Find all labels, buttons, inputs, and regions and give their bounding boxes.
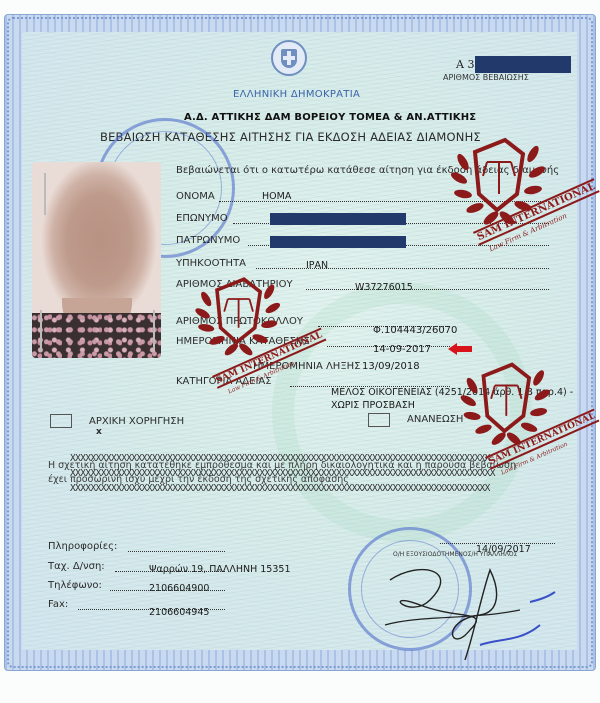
- address-label: Ταχ. Δ/νση:: [48, 561, 105, 572]
- fax-value: 2106604945: [149, 607, 209, 618]
- republic-heading: ΕΛΛΗΝΙΚΗ ΔΗΜΟΚΡΑΤΙΑ: [233, 89, 360, 100]
- strikeout-line-3: XXXXXXXXXXXXXXXXXXXXXXXXXXXXXXXXXXXXXXXX…: [70, 483, 590, 494]
- residence-permit-certificate: ΕΛΛΗΝΙΚΗ ΔΗΜΟΚΡΑΤΙΑ Α 3 ΑΡΙΘΜΟΣ ΒΕΒΑΙΩΣΗ…: [0, 0, 600, 703]
- redacted-surname: [270, 213, 406, 225]
- first-name-value: ΗΟΜΑ: [262, 191, 291, 202]
- dotted-line: [128, 551, 225, 552]
- first-name-label: ΟΝΟΜΑ: [176, 191, 215, 202]
- fax-label: Fax:: [48, 599, 68, 610]
- fathers-name-label: ΠΑΤΡΩΝΥΜΟ: [176, 235, 240, 246]
- submission-date-value: 14-09-2017: [373, 344, 431, 355]
- dotted-line: [256, 268, 549, 269]
- certificate-number: Α 3: [456, 58, 474, 71]
- handwritten-signature: [380, 560, 560, 660]
- nationality-value: ΙΡΑΝ: [306, 260, 328, 271]
- initial-grant-label: ΑΡΧΙΚΗ ΧΟΡΗΓΗΣΗ: [89, 416, 184, 427]
- address-value: Ψαρρών 19, ΠΑΛΛΗΝΗ 15351: [149, 564, 290, 575]
- arrow-pointer-icon: [448, 343, 472, 355]
- authorized-official-label: Ο/Η ΕΞΟΥΣΙΟΔΟΤΗΜΕΝΟΣ/Η ΥΠΑΛΛΗΛΟΣ: [393, 551, 517, 558]
- protocol-number-value: Φ.104443/26070: [373, 325, 457, 336]
- laurel-shield-logo-icon: [190, 272, 280, 362]
- applicant-photo: [32, 162, 161, 358]
- redacted-certificate-number: [475, 56, 571, 73]
- passport-number-value: W37276015: [355, 282, 413, 293]
- phone-label: Τηλέφωνο:: [48, 580, 102, 591]
- renewal-checkbox[interactable]: [368, 413, 390, 427]
- phone-value: 2106604900: [149, 583, 209, 594]
- info-label: Πληροφορίες:: [48, 541, 117, 552]
- surname-label: ΕΠΩΝΥΜΟ: [176, 213, 228, 224]
- expiry-date-value: 13/09/2018: [362, 361, 420, 372]
- redacted-fathers-name: [270, 236, 406, 248]
- greek-coat-of-arms-icon: [271, 40, 307, 76]
- nationality-label: ΥΠΗΚΟΟΤΗΤΑ: [176, 258, 246, 269]
- issuing-authority: Α.Δ. ΑΤΤΙΚΗΣ ΔΑΜ ΒΟΡΕΙΟΥ ΤΟΜΕΑ & ΑΝ.ΑΤΤΙ…: [184, 112, 476, 123]
- initial-grant-checkbox[interactable]: [50, 414, 72, 428]
- permit-category-value-line2: ΧΩΡΙΣ ΠΡΟΣΒΑΣΗ: [331, 400, 415, 411]
- certificate-number-label: ΑΡΙΘΜΟΣ ΒΕΒΑΙΩΣΗΣ: [443, 73, 529, 82]
- initial-grant-mark: x: [96, 427, 102, 437]
- dotted-line: [306, 289, 549, 290]
